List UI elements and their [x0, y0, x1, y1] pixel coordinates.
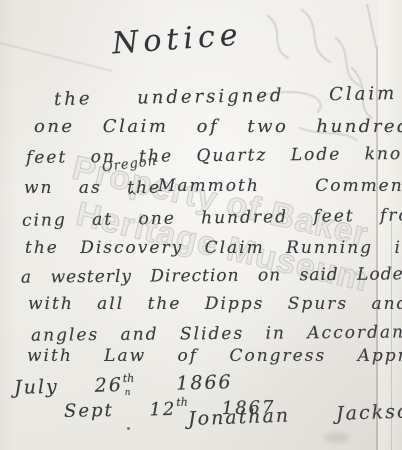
handwritten-line-6: the Discovery Claim Running in [25, 238, 402, 258]
date-1866-month: July [14, 376, 59, 399]
ink-speck [127, 427, 130, 430]
handwritten-line-4a: wn as the [24, 178, 161, 198]
document-page: Property of Baker Heritage Museum Notice… [0, 0, 402, 450]
handwritten-line-7: a westerly Direction on said Lode [21, 264, 402, 287]
date-1867-suffix: th [176, 396, 188, 409]
handwritten-line-8: with all the Dipps Spurs and [28, 294, 402, 314]
handwritten-line-3: feet on the Quartz Lode kno [26, 144, 402, 168]
date-1867-day: 12 [149, 399, 176, 420]
handwritten-line-9-text: angles and Slides in Accordan [31, 322, 402, 345]
date-1866-year: 1866 [176, 371, 233, 394]
date-1866-day: 26 [94, 374, 123, 397]
insertion-caret: ^ [127, 189, 138, 203]
handwritten-line-5: cing at one hundred feet from [22, 205, 402, 231]
handwritten-line-1: the undersigned Claim [54, 83, 398, 110]
page-corner-edge [366, 4, 378, 49]
handwritten-line-9: angles and Slides in Accordance [31, 318, 402, 345]
date-line-1866: July 26thn 1866 [14, 369, 233, 399]
handwritten-line-10: with Law of Congress Approved [27, 346, 402, 366]
handwritten-line-4b: Mammoth Commen [158, 176, 402, 196]
handwritten-line-2: one Claim of two hundred [34, 116, 402, 137]
date-1866-suffix: th [123, 372, 135, 385]
faint-smudge [324, 432, 350, 443]
paper-crease [0, 41, 112, 71]
date-1867-month: Sept [64, 400, 114, 422]
document-title: Notice [111, 17, 244, 61]
